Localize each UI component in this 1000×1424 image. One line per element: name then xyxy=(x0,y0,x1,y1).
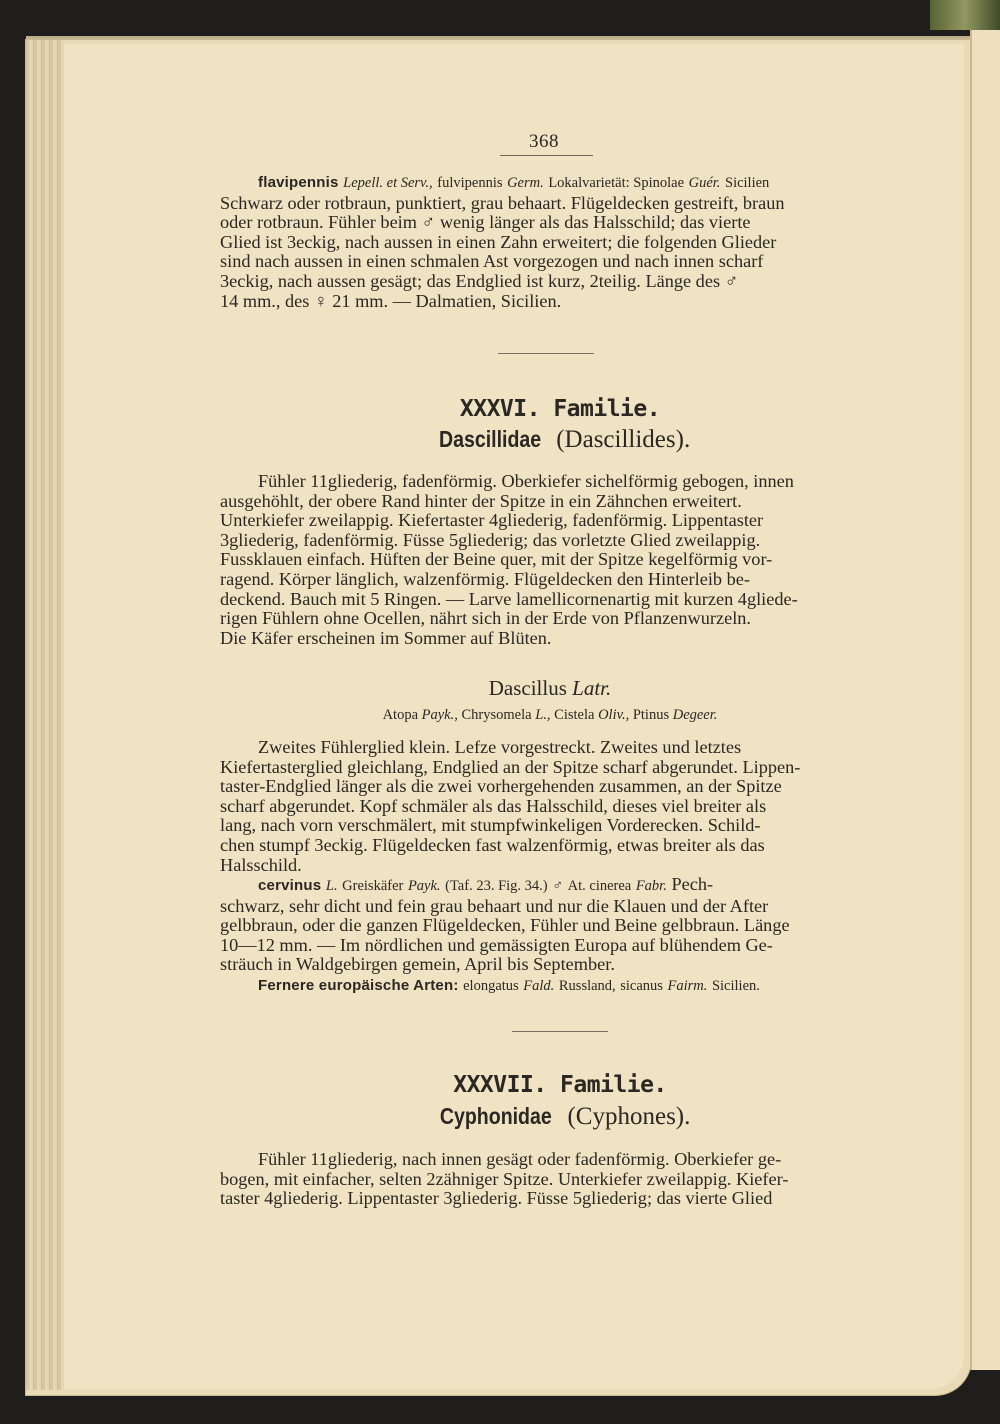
text-line: lang, nach vorn verschmälert, mit stumpf… xyxy=(220,816,896,836)
text-line: Fühler 11gliederig, fadenförmig. Oberkie… xyxy=(220,472,896,492)
text-line: oder rotbraun. Fühler beim ♂ wenig länge… xyxy=(220,213,896,233)
text-line: Schwarz oder rotbraun, punktiert, grau b… xyxy=(220,194,896,214)
text-line: taster 4gliederig. Lippentaster 3glieder… xyxy=(220,1189,896,1209)
text-line: Halsschild. xyxy=(220,856,896,876)
family-name-alt: (Cyphones). xyxy=(567,1103,690,1130)
entry-flavipennis-header: flavipennis Lepell. et Serv., fulvipenni… xyxy=(220,172,896,194)
text-line: 3gliederig, fadenförmig. Füsse 5gliederi… xyxy=(220,531,896,551)
text-line: sind nach aussen in einen schmalen Ast v… xyxy=(220,252,896,272)
page-number-rule xyxy=(500,155,593,156)
text-line: 14 mm., des ♀ 21 mm. — Dalmatien, Sicili… xyxy=(220,292,896,312)
text-line: 10—12 mm. — Im nördlichen und gemässigte… xyxy=(220,936,896,956)
family37-description: Fühler 11gliederig, nach innen gesägt od… xyxy=(220,1150,896,1209)
section-divider xyxy=(512,1031,608,1032)
next-page-edge xyxy=(970,30,1000,1370)
text-line: Fussklauen einfach. Hüften der Beine que… xyxy=(220,550,896,570)
family-name: Dascillidae xyxy=(439,426,541,453)
family-title: Dascillidae (Dascillides). xyxy=(280,426,840,454)
text-line: ausgehöhlt, der obere Rand hinter der Sp… xyxy=(220,492,896,512)
text-line: chen stumpf 3eckig. Flügeldecken fast wa… xyxy=(220,836,896,856)
species-name: flavipennis xyxy=(258,174,339,191)
text-line: 3eckig, nach aussen gesägt; das Endglied… xyxy=(220,272,896,292)
family-name-alt: (Dascillides). xyxy=(556,426,690,453)
text-line: sträuch in Waldgebirgen gemein, April bi… xyxy=(220,955,896,975)
male-symbol-icon: ♂ xyxy=(552,878,563,894)
text-line: schwarz, sehr dicht und fein grau behaar… xyxy=(220,897,896,917)
text-line: Zweites Fühlerglied klein. Lefze vorgest… xyxy=(220,738,896,758)
section-divider xyxy=(498,353,594,354)
text-line: rigen Fühlern ohne Ocellen, nährt sich i… xyxy=(220,609,896,629)
entry-flavipennis: flavipennis Lepell. et Serv., fulvipenni… xyxy=(220,172,896,311)
family-heading: XXXVI. Familie. xyxy=(400,396,720,422)
next-page-edge-top xyxy=(930,0,1000,30)
species-name: cervinus xyxy=(258,877,321,894)
text-line: Kiefertasterglied gleichlang, Endglied a… xyxy=(220,758,896,778)
page-stack-edge xyxy=(26,40,64,1390)
text-line: scharf abgerundet. Kopf schmäler als das… xyxy=(220,797,896,817)
family-heading: XXXVII. Familie. xyxy=(400,1072,720,1098)
family-title: Cyphonidae (Cyphones). xyxy=(280,1103,840,1131)
genus-heading: Dascillus Latr. xyxy=(300,676,800,701)
genus-synonyms: Atopa Payk., Chrysomela L., Cistela Oliv… xyxy=(300,707,800,724)
text-line: gelbbraun, oder die ganzen Flügeldecken,… xyxy=(220,916,896,936)
text-line: taster-Endglied länger als die zwei vorh… xyxy=(220,777,896,797)
text-line: ragend. Körper länglich, walzenförmig. F… xyxy=(220,570,896,590)
page-number: 368 xyxy=(500,131,588,153)
genus-name: Dascillus xyxy=(489,676,567,700)
family-name: Cyphonidae xyxy=(439,1103,551,1130)
text-line: deckend. Bauch mit 5 Ringen. — Larve lam… xyxy=(220,590,896,610)
text-line: Die Käfer erscheinen im Sommer auf Blüte… xyxy=(220,629,896,649)
family36-description: Fühler 11gliederig, fadenförmig. Oberkie… xyxy=(220,472,896,648)
text-line: bogen, mit einfacher, selten 2zähniger S… xyxy=(220,1170,896,1190)
entry-cervinus-header: cervinus L. Greiskäfer Payk. (Taf. 23. F… xyxy=(220,875,896,897)
entry-cervinus: cervinus L. Greiskäfer Payk. (Taf. 23. F… xyxy=(220,875,896,997)
text-line: Glied ist 3eckig, nach aussen in einen Z… xyxy=(220,233,896,253)
text-line: Unterkiefer zweilappig. Kiefertaster 4gl… xyxy=(220,511,896,531)
other-species: Fernere europäische Arten: elongatus Fal… xyxy=(220,975,896,997)
genus-author: Latr. xyxy=(572,676,611,700)
genus-description: Zweites Fühlerglied klein. Lefze vorgest… xyxy=(220,738,896,875)
text-line: Fühler 11gliederig, nach innen gesägt od… xyxy=(220,1150,896,1170)
